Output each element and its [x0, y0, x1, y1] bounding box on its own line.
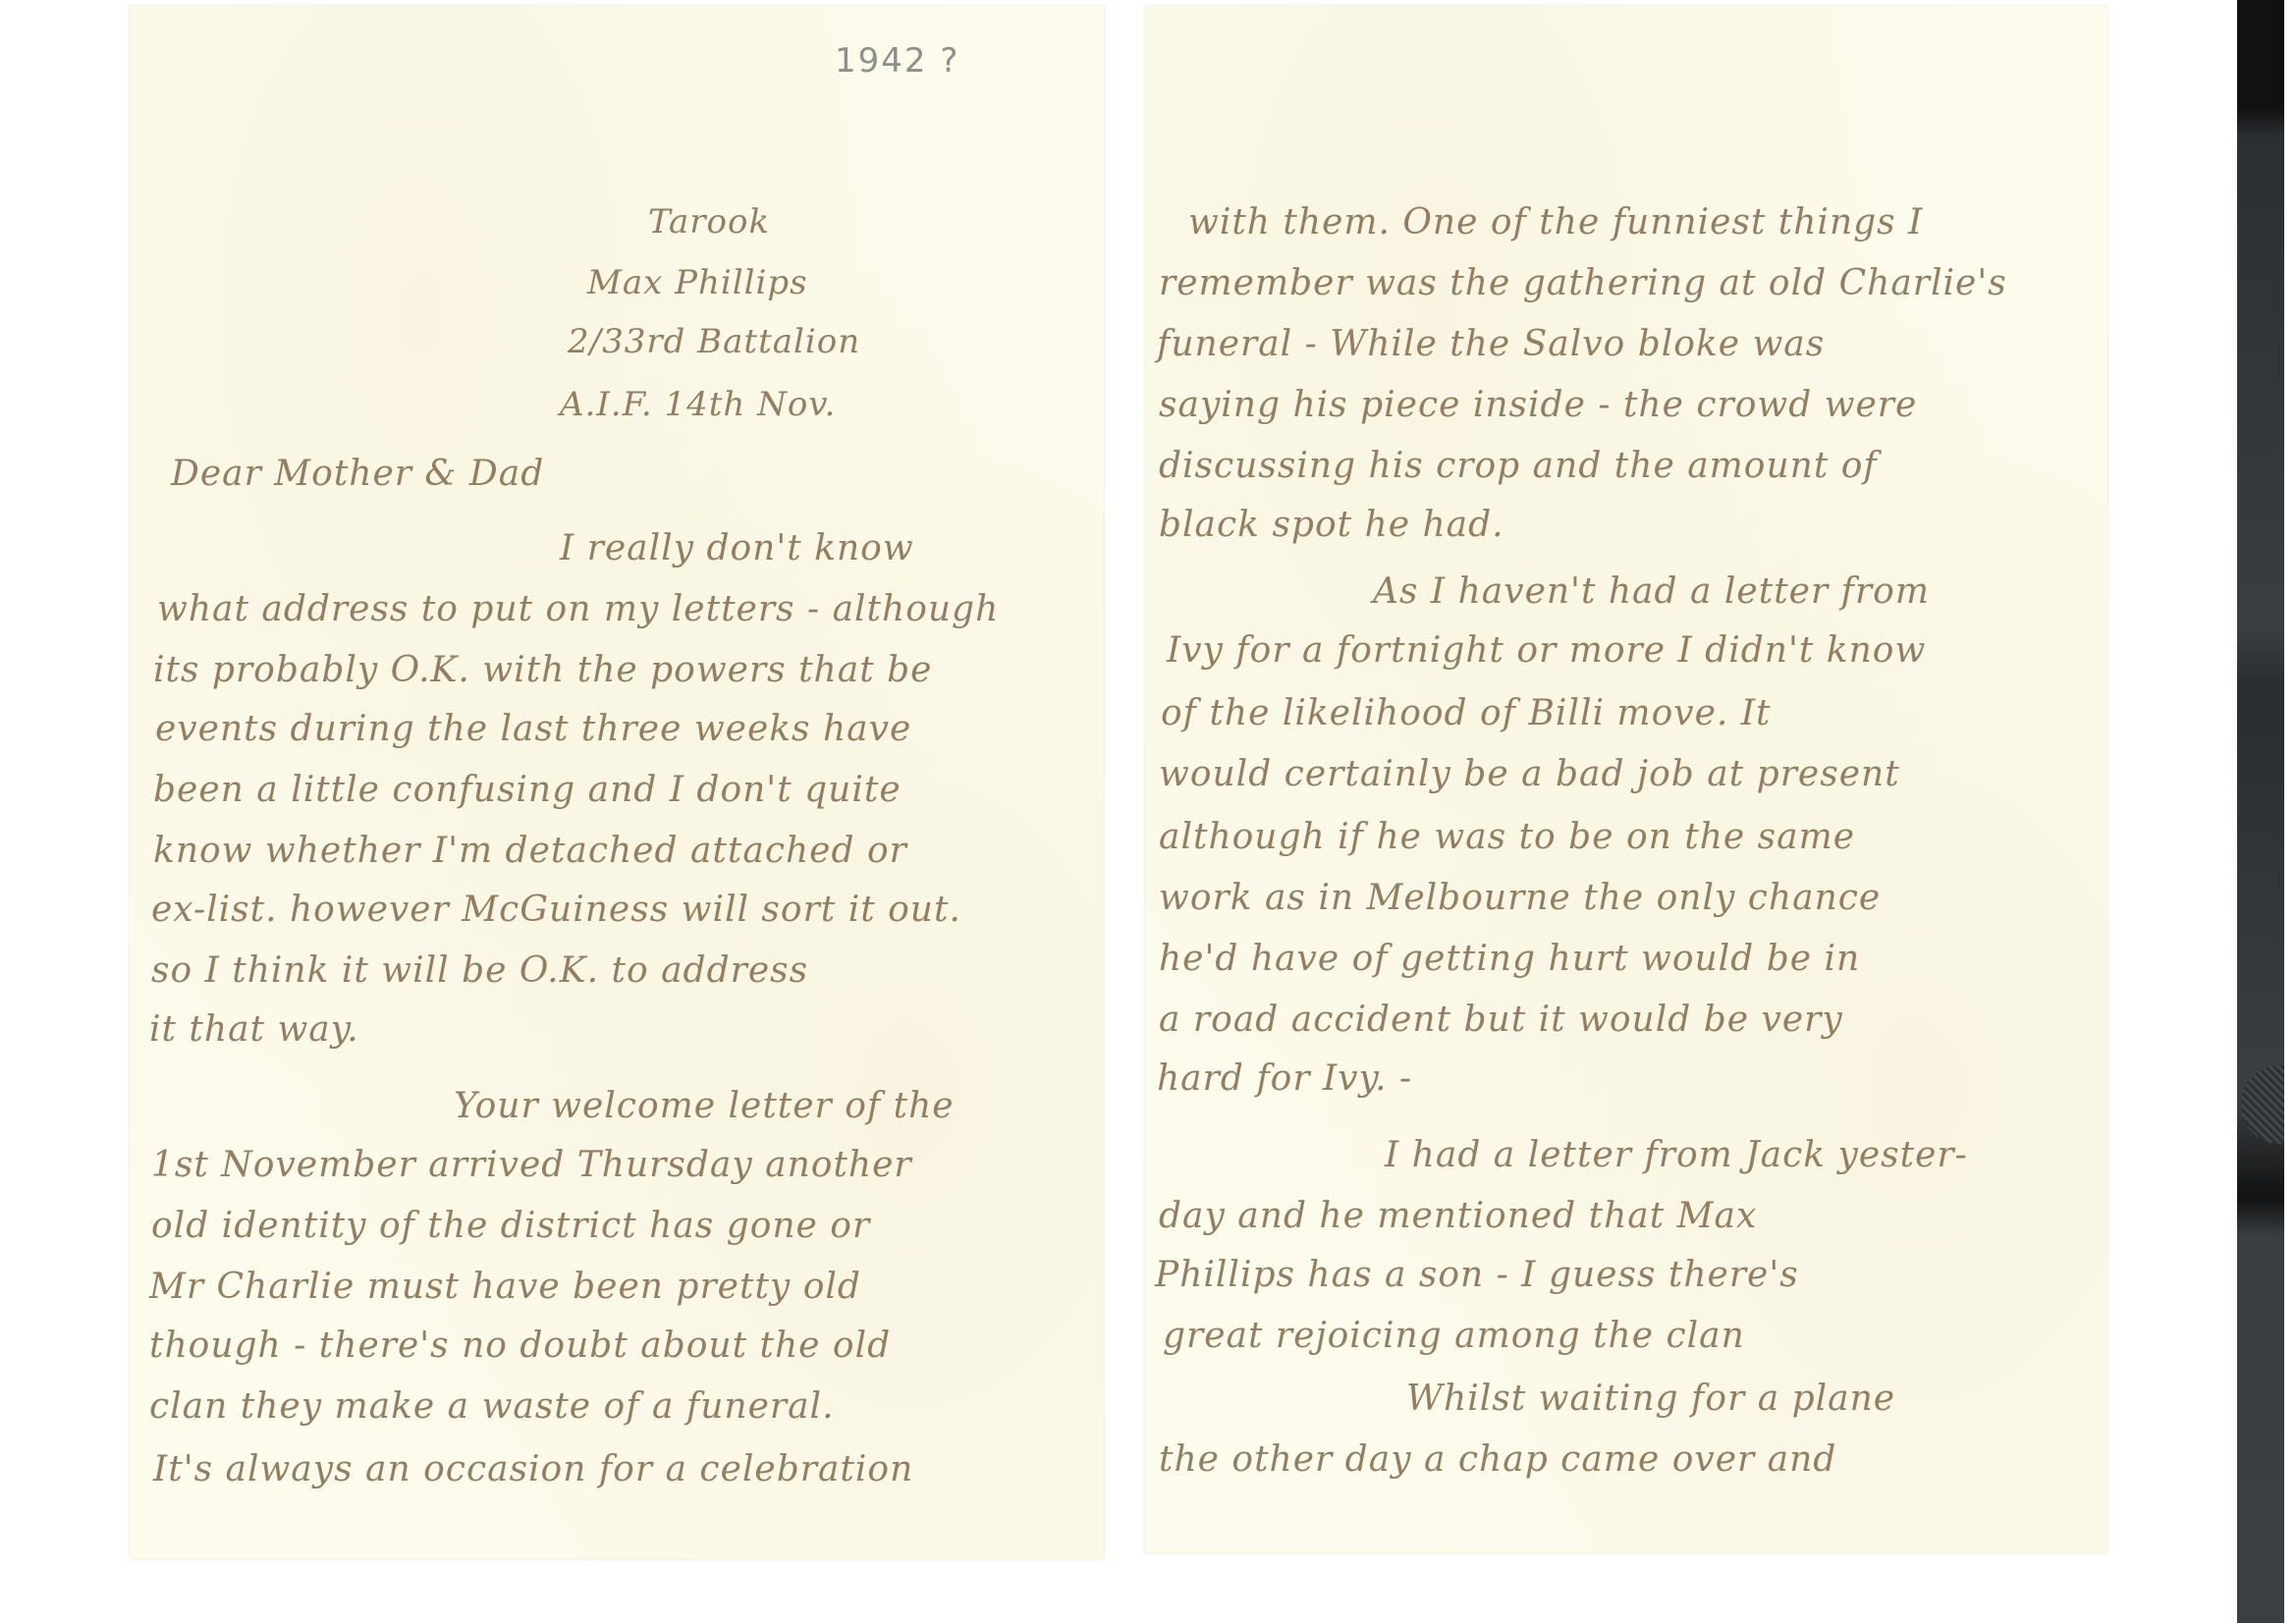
body-line: Your welcome letter of the [454, 1086, 955, 1126]
body-line: I really don't know [560, 528, 914, 568]
body-line: of the likelihood of Billi move. It [1161, 693, 1771, 733]
body-line: would certainly be a bad job at present [1159, 754, 1900, 794]
body-line: been a little confusing and I don't quit… [153, 770, 902, 810]
body-line: it that way. [149, 1009, 359, 1050]
address-line: Max Phillips [587, 263, 808, 302]
salutation: Dear Mother & Dad [171, 454, 544, 494]
body-line: hard for Ivy. - [1157, 1058, 1412, 1099]
body-line: ex-list. however McGuiness will sort it … [151, 890, 961, 930]
body-line: As I haven't had a letter from [1373, 571, 1930, 612]
body-line: what address to put on my letters - alth… [157, 589, 999, 629]
address-line: A.I.F. 14th Nov. [560, 385, 836, 424]
body-line: Mr Charlie must have been pretty old [149, 1267, 861, 1307]
letter-page-left: 1942 ? Tarook Max Phillips 2/33rd Battal… [130, 6, 1104, 1559]
body-line: 1st November arrived Thursday another [151, 1145, 912, 1185]
body-line: old identity of the district has gone or [151, 1206, 870, 1246]
body-line: Whilst waiting for a plane [1406, 1379, 1895, 1419]
body-line: although if he was to be on the same [1159, 817, 1855, 857]
body-line: It's always an occasion for a celebratio… [153, 1449, 913, 1489]
body-line: though - there's no doubt about the old [149, 1325, 891, 1366]
body-line: with them. One of the funniest things I [1188, 202, 1923, 243]
body-line: remember was the gathering at old Charli… [1159, 263, 2007, 303]
body-line: saying his piece inside - the crowd were [1159, 385, 1917, 425]
body-line: funeral - While the Salvo bloke was [1157, 324, 1825, 364]
address-line: Tarook [648, 202, 770, 242]
body-line: clan they make a waste of a funeral. [149, 1386, 835, 1427]
body-line: discussing his crop and the amount of [1159, 446, 1878, 486]
body-line: events during the last three weeks have [155, 709, 911, 749]
body-line: a road accident but it would be very [1159, 1000, 1843, 1040]
scanner-edge [2237, 0, 2284, 1623]
body-line: black spot he had. [1159, 505, 1504, 545]
body-line: the other day a chap came over and [1159, 1439, 1836, 1480]
body-line: Ivy for a fortnight or more I didn't kno… [1167, 630, 1926, 671]
body-line: I had a letter from Jack yester- [1385, 1135, 1968, 1175]
body-line: great rejoicing among the clan [1163, 1316, 1745, 1356]
body-line: its probably O.K. with the powers that b… [153, 650, 932, 690]
pencil-date-annotation: 1942 ? [835, 41, 959, 81]
body-line: so I think it will be O.K. to address [151, 950, 808, 991]
body-line: day and he mentioned that Max [1159, 1196, 1757, 1236]
body-line: work as in Melbourne the only chance [1159, 878, 1881, 918]
address-line: 2/33rd Battalion [568, 322, 860, 361]
letter-page-right: with them. One of the funniest things I … [1145, 6, 2107, 1553]
body-line: Phillips has a son - I guess there's [1155, 1255, 1799, 1295]
body-line: know whether I'm detached attached or [153, 831, 907, 871]
body-line: he'd have of getting hurt would be in [1159, 939, 1860, 979]
